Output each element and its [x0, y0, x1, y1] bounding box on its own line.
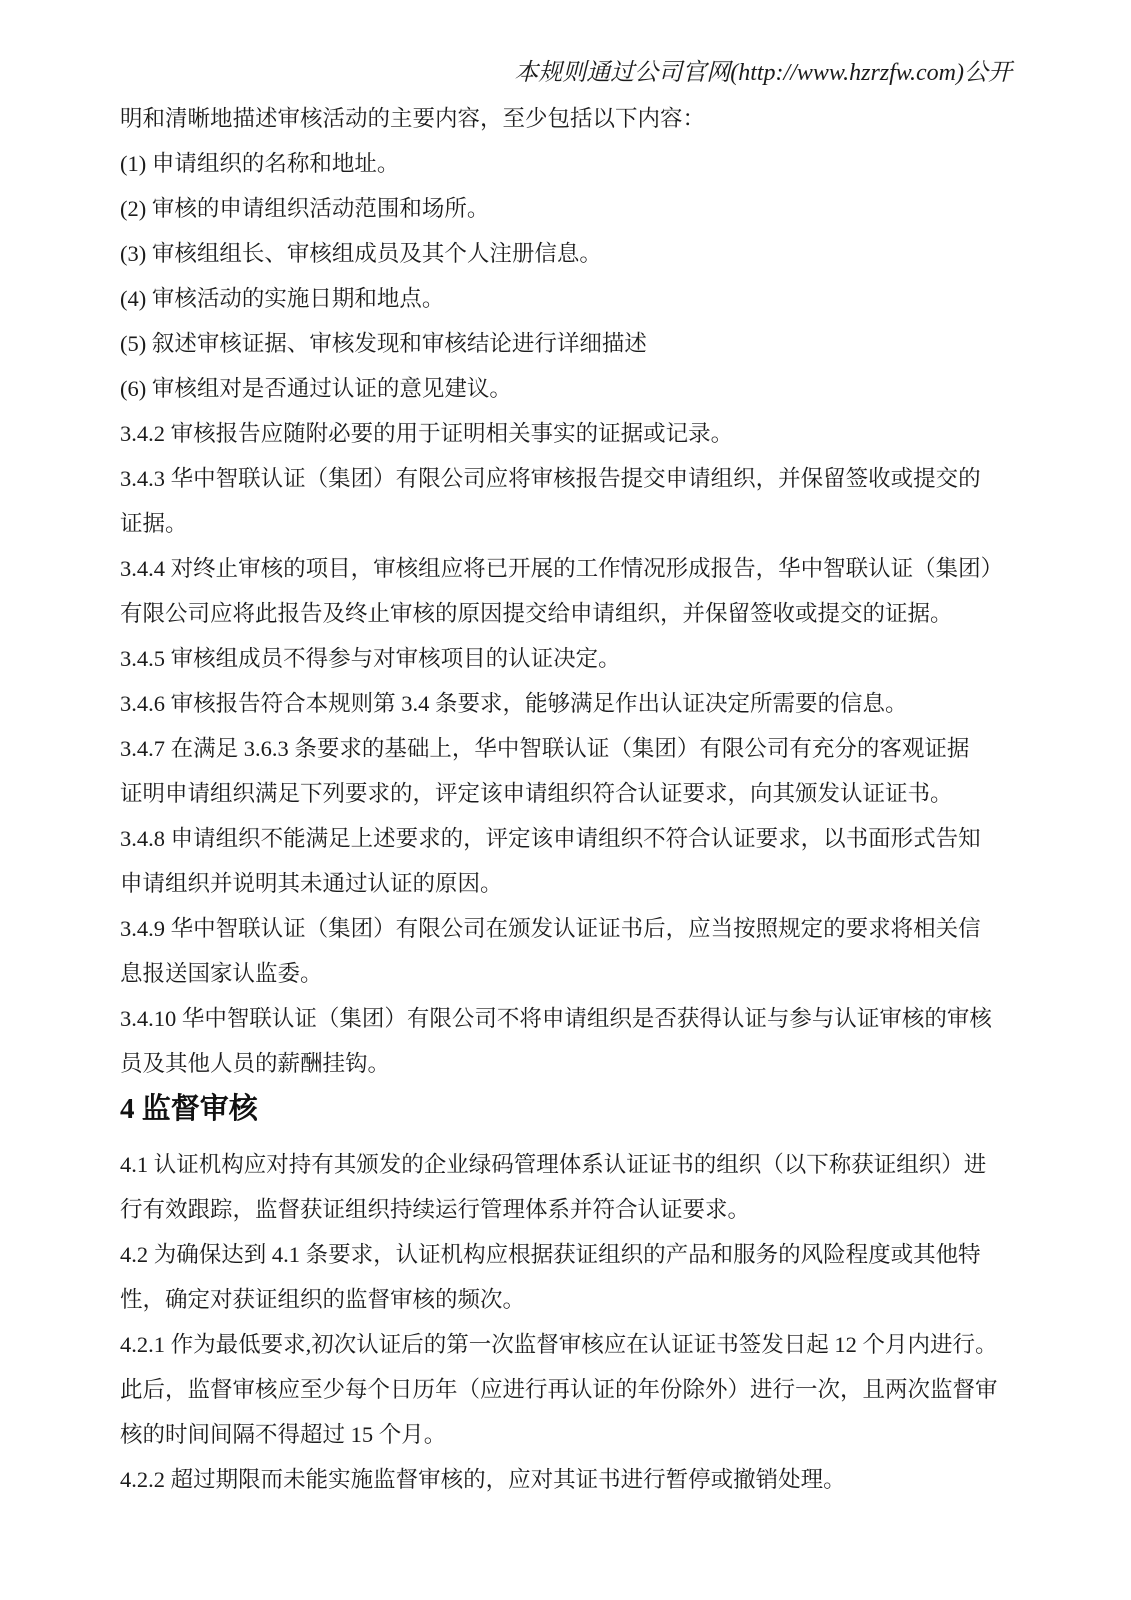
document-body: 明和清晰地描述审核活动的主要内容，至少包括以下内容：(1) 申请组织的名称和地址…: [120, 96, 1012, 1502]
text-line: 证明申请组织满足下列要求的，评定该申请组织符合认证要求，向其颁发认证证书。: [120, 771, 1012, 816]
text-line: 3.4.2 审核报告应随附必要的用于证明相关事实的证据或记录。: [120, 411, 1012, 456]
header-note: 本规则通过公司官网(http://www.hzrzfw.com)公开: [120, 50, 1012, 96]
text-line: 3.4.10 华中智联认证（集团）有限公司不将申请组织是否获得认证与参与认证审核…: [120, 996, 1012, 1041]
text-line: (5) 叙述审核证据、审核发现和审核结论进行详细描述: [120, 321, 1012, 366]
text-line: 3.4.3 华中智联认证（集团）有限公司应将审核报告提交申请组织，并保留签收或提…: [120, 456, 1012, 501]
text-line: (1) 申请组织的名称和地址。: [120, 141, 1012, 186]
text-line: 3.4.9 华中智联认证（集团）有限公司在颁发认证证书后，应当按照规定的要求将相…: [120, 906, 1012, 951]
text-line: 4.2.1 作为最低要求,初次认证后的第一次监督审核应在认证证书签发日起 12 …: [120, 1322, 1012, 1367]
text-line: 3.4.6 审核报告符合本规则第 3.4 条要求，能够满足作出认证决定所需要的信…: [120, 681, 1012, 726]
text-line: 明和清晰地描述审核活动的主要内容，至少包括以下内容：: [120, 96, 1012, 141]
text-line: 证据。: [120, 501, 1012, 546]
text-line: 4.2.2 超过期限而未能实施监督审核的，应对其证书进行暂停或撤销处理。: [120, 1457, 1012, 1502]
document-page: 本规则通过公司官网(http://www.hzrzfw.com)公开 明和清晰地…: [0, 0, 1131, 1600]
text-line: 3.4.8 申请组织不能满足上述要求的，评定该申请组织不符合认证要求，以书面形式…: [120, 816, 1012, 861]
text-line: (6) 审核组对是否通过认证的意见建议。: [120, 366, 1012, 411]
text-line: 有限公司应将此报告及终止审核的原因提交给申请组织，并保留签收或提交的证据。: [120, 591, 1012, 636]
section-heading: 4 监督审核: [120, 1086, 1012, 1142]
text-line: 申请组织并说明其未通过认证的原因。: [120, 861, 1012, 906]
text-line: 3.4.4 对终止审核的项目，审核组应将已开展的工作情况形成报告，华中智联认证（…: [120, 546, 1012, 591]
text-line: 4.2 为确保达到 4.1 条要求，认证机构应根据获证组织的产品和服务的风险程度…: [120, 1232, 1012, 1277]
text-line: (2) 审核的申请组织活动范围和场所。: [120, 186, 1012, 231]
text-line: 员及其他人员的薪酬挂钩。: [120, 1041, 1012, 1086]
text-line: 3.4.5 审核组成员不得参与对审核项目的认证决定。: [120, 636, 1012, 681]
text-line: 3.4.7 在满足 3.6.3 条要求的基础上，华中智联认证（集团）有限公司有充…: [120, 726, 1012, 771]
text-line: 息报送国家认监委。: [120, 951, 1012, 996]
text-line: 此后，监督审核应至少每个日历年（应进行再认证的年份除外）进行一次，且两次监督审: [120, 1367, 1012, 1412]
text-line: (4) 审核活动的实施日期和地点。: [120, 276, 1012, 321]
text-line: 行有效跟踪，监督获证组织持续运行管理体系并符合认证要求。: [120, 1187, 1012, 1232]
text-line: (3) 审核组组长、审核组成员及其个人注册信息。: [120, 231, 1012, 276]
text-line: 核的时间间隔不得超过 15 个月。: [120, 1412, 1012, 1457]
text-line: 4.1 认证机构应对持有其颁发的企业绿码管理体系认证证书的组织（以下称获证组织）…: [120, 1142, 1012, 1187]
text-line: 性，确定对获证组织的监督审核的频次。: [120, 1277, 1012, 1322]
